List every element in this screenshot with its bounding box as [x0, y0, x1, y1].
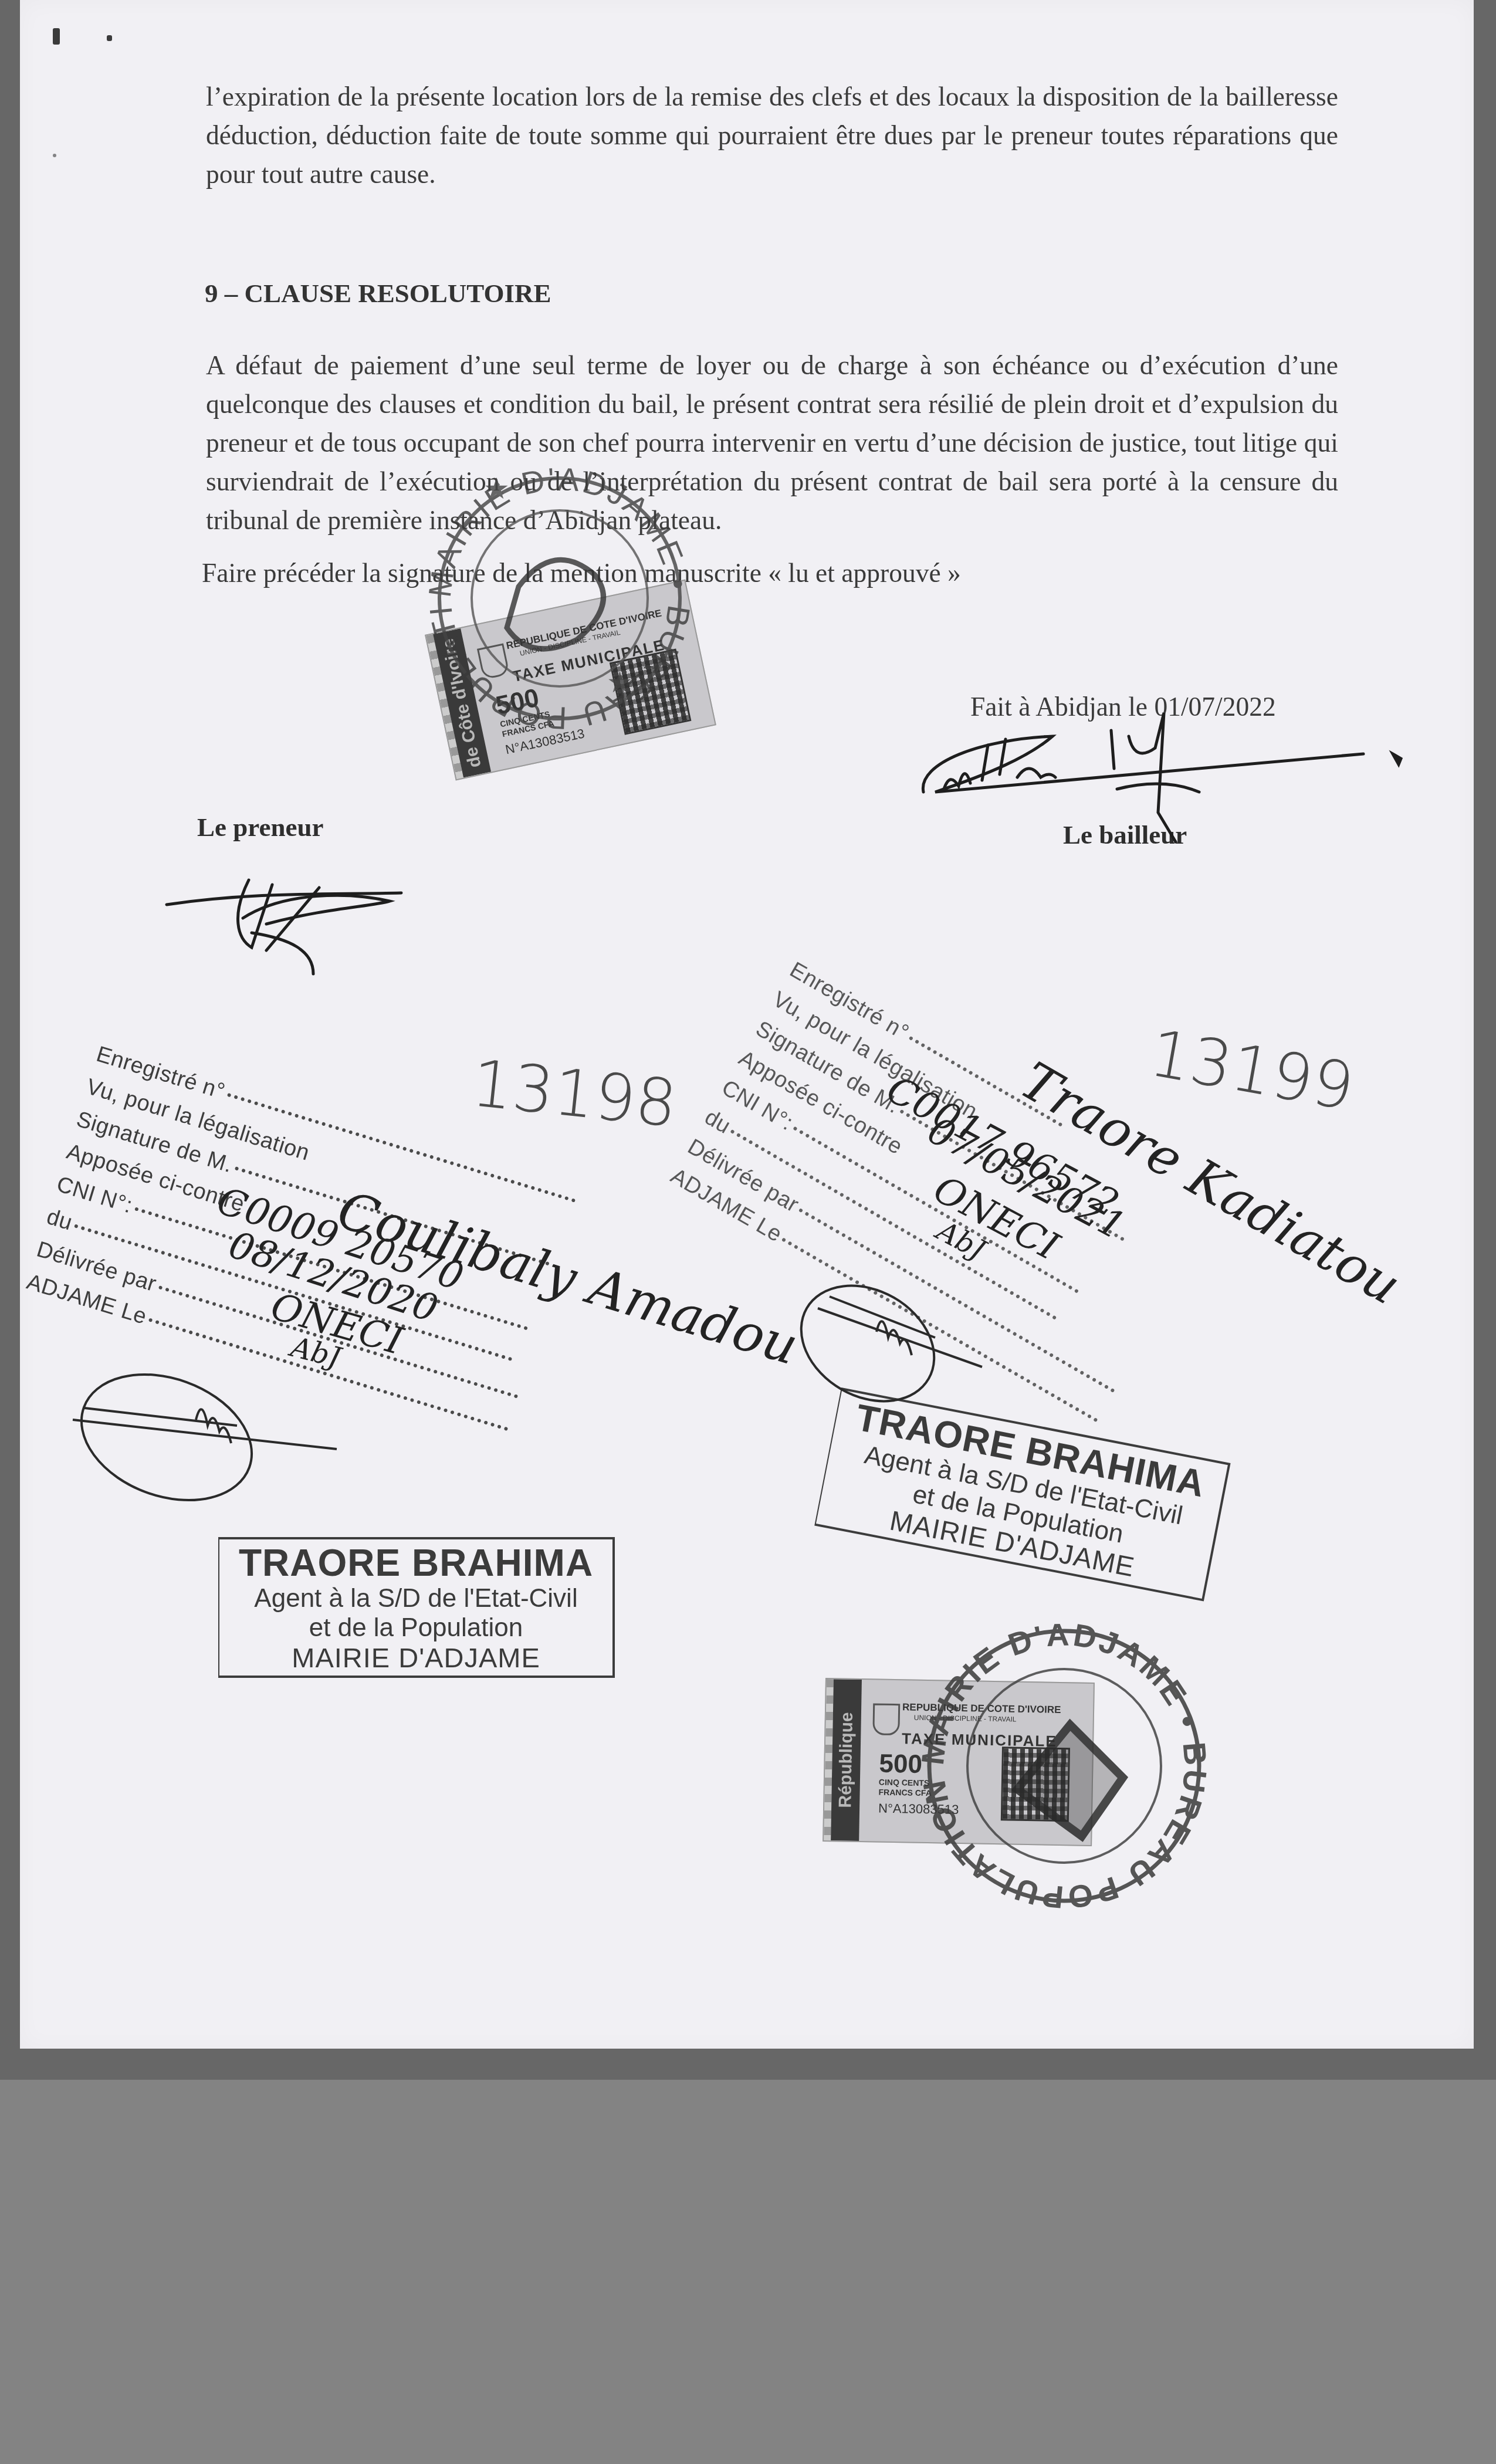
- agent-name: TRAORE BRAHIMA: [228, 1542, 604, 1584]
- agent-role-2: et de la Population: [228, 1613, 604, 1643]
- agent-office: MAIRIE D'ADJAME: [228, 1643, 604, 1673]
- clause-paragraph: A défaut de paiement d’une seul terme de…: [206, 346, 1338, 540]
- coat-of-arms-icon: [477, 643, 510, 679]
- qr-code-icon: [1001, 1747, 1070, 1822]
- tenant-signature: [167, 880, 401, 974]
- stamp-country-band: République: [831, 1679, 862, 1841]
- intro-paragraph: l’expiration de la présente location lor…: [206, 77, 1338, 194]
- stamp-serial: N°A13083513: [878, 1801, 959, 1817]
- fiscal-stamp-top: de Côte d'Ivoire REPUBLIQUE DE COTE D'IV…: [425, 580, 716, 781]
- document-page: l’expiration de la présente location lor…: [20, 0, 1474, 2049]
- stamp-amount-words: CINQ CENTS FRANCS CFA: [878, 1778, 932, 1799]
- agent-stamp-right: TRAORE BRAHIMA Agent à la S/D de l'Etat-…: [814, 1387, 1230, 1602]
- qr-code-icon: [610, 648, 692, 735]
- register-number-left: 13198: [468, 1045, 680, 1142]
- amount-words-line: FRANCS CFA: [878, 1788, 932, 1799]
- section-heading: 9 – CLAUSE RESOLUTOIRE: [205, 278, 551, 309]
- tenant-label: Le preneur: [197, 812, 323, 842]
- stamp-motto: UNION - DISCIPLINE - TRAVAIL: [914, 1714, 1017, 1724]
- stamp-amount: 500: [879, 1749, 922, 1779]
- landlord-label: Le bailleur: [1063, 820, 1187, 850]
- register-number-right: 13199: [1145, 1016, 1360, 1125]
- fiscal-stamp-bottom: République REPUBLIQUE DE COTE D'IVOIRE U…: [823, 1678, 1095, 1846]
- punch-mark: [53, 28, 60, 45]
- agent-stamp-left: TRAORE BRAHIMA Agent à la S/D de l'Etat-…: [218, 1537, 615, 1678]
- coat-of-arms-icon: [872, 1703, 900, 1735]
- punch-mark: [53, 154, 56, 157]
- agent-role: Agent à la S/D de l'Etat-Civil: [228, 1584, 604, 1613]
- mention-instruction: Faire précéder la signature de la mentio…: [202, 557, 961, 588]
- punch-mark: [107, 35, 112, 41]
- amount-words-line: CINQ CENTS: [879, 1778, 932, 1789]
- place-date: Fait à Abidjan le 01/07/2022: [970, 691, 1276, 722]
